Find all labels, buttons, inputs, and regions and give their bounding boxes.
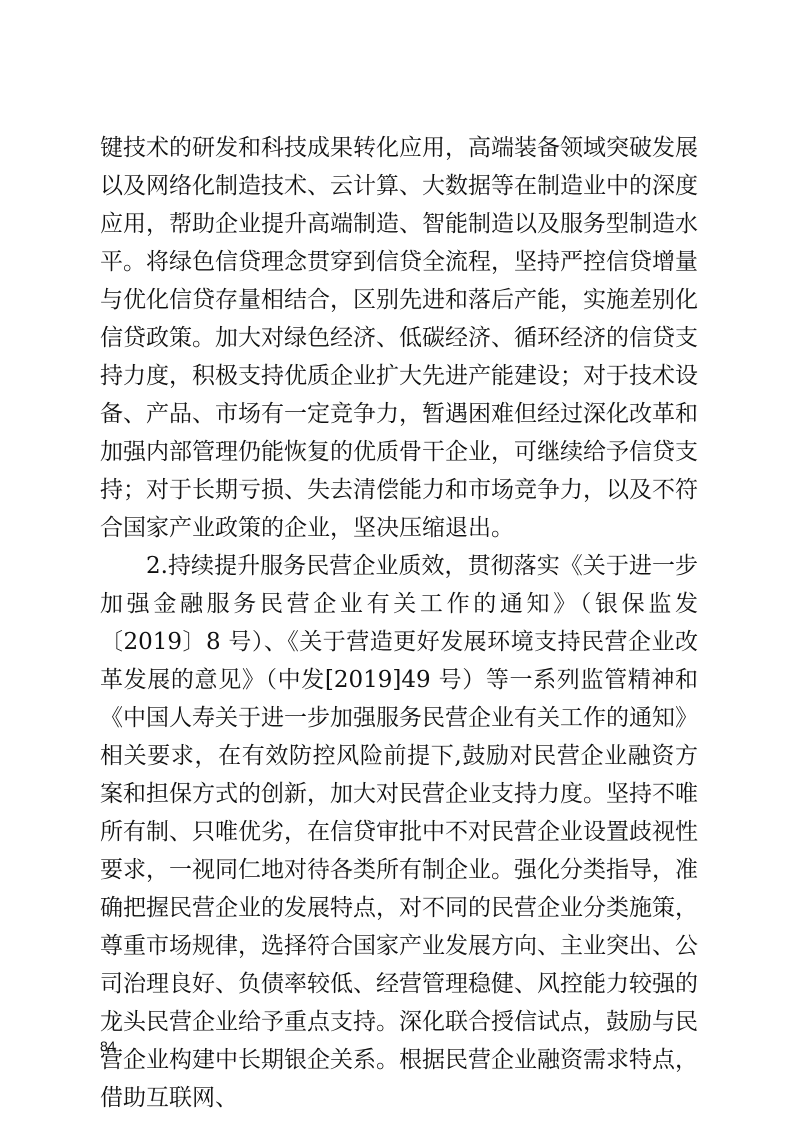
paragraph-item-2: 2.持续提升服务民营企业质效，贯彻落实《关于进一步加强金融服务民营企业有关工作的…: [100, 547, 698, 1117]
paragraph-continuation: 键技术的研发和科技成果转化应用，高端装备领域突破发展以及网络化制造技术、云计算、…: [100, 129, 698, 547]
body-text-block: 键技术的研发和科技成果转化应用，高端装备领域突破发展以及网络化制造技术、云计算、…: [100, 129, 698, 1117]
document-page: 键技术的研发和科技成果转化应用，高端装备领域突破发展以及网络化制造技术、云计算、…: [0, 0, 793, 1122]
page-number: 84: [100, 1038, 116, 1054]
